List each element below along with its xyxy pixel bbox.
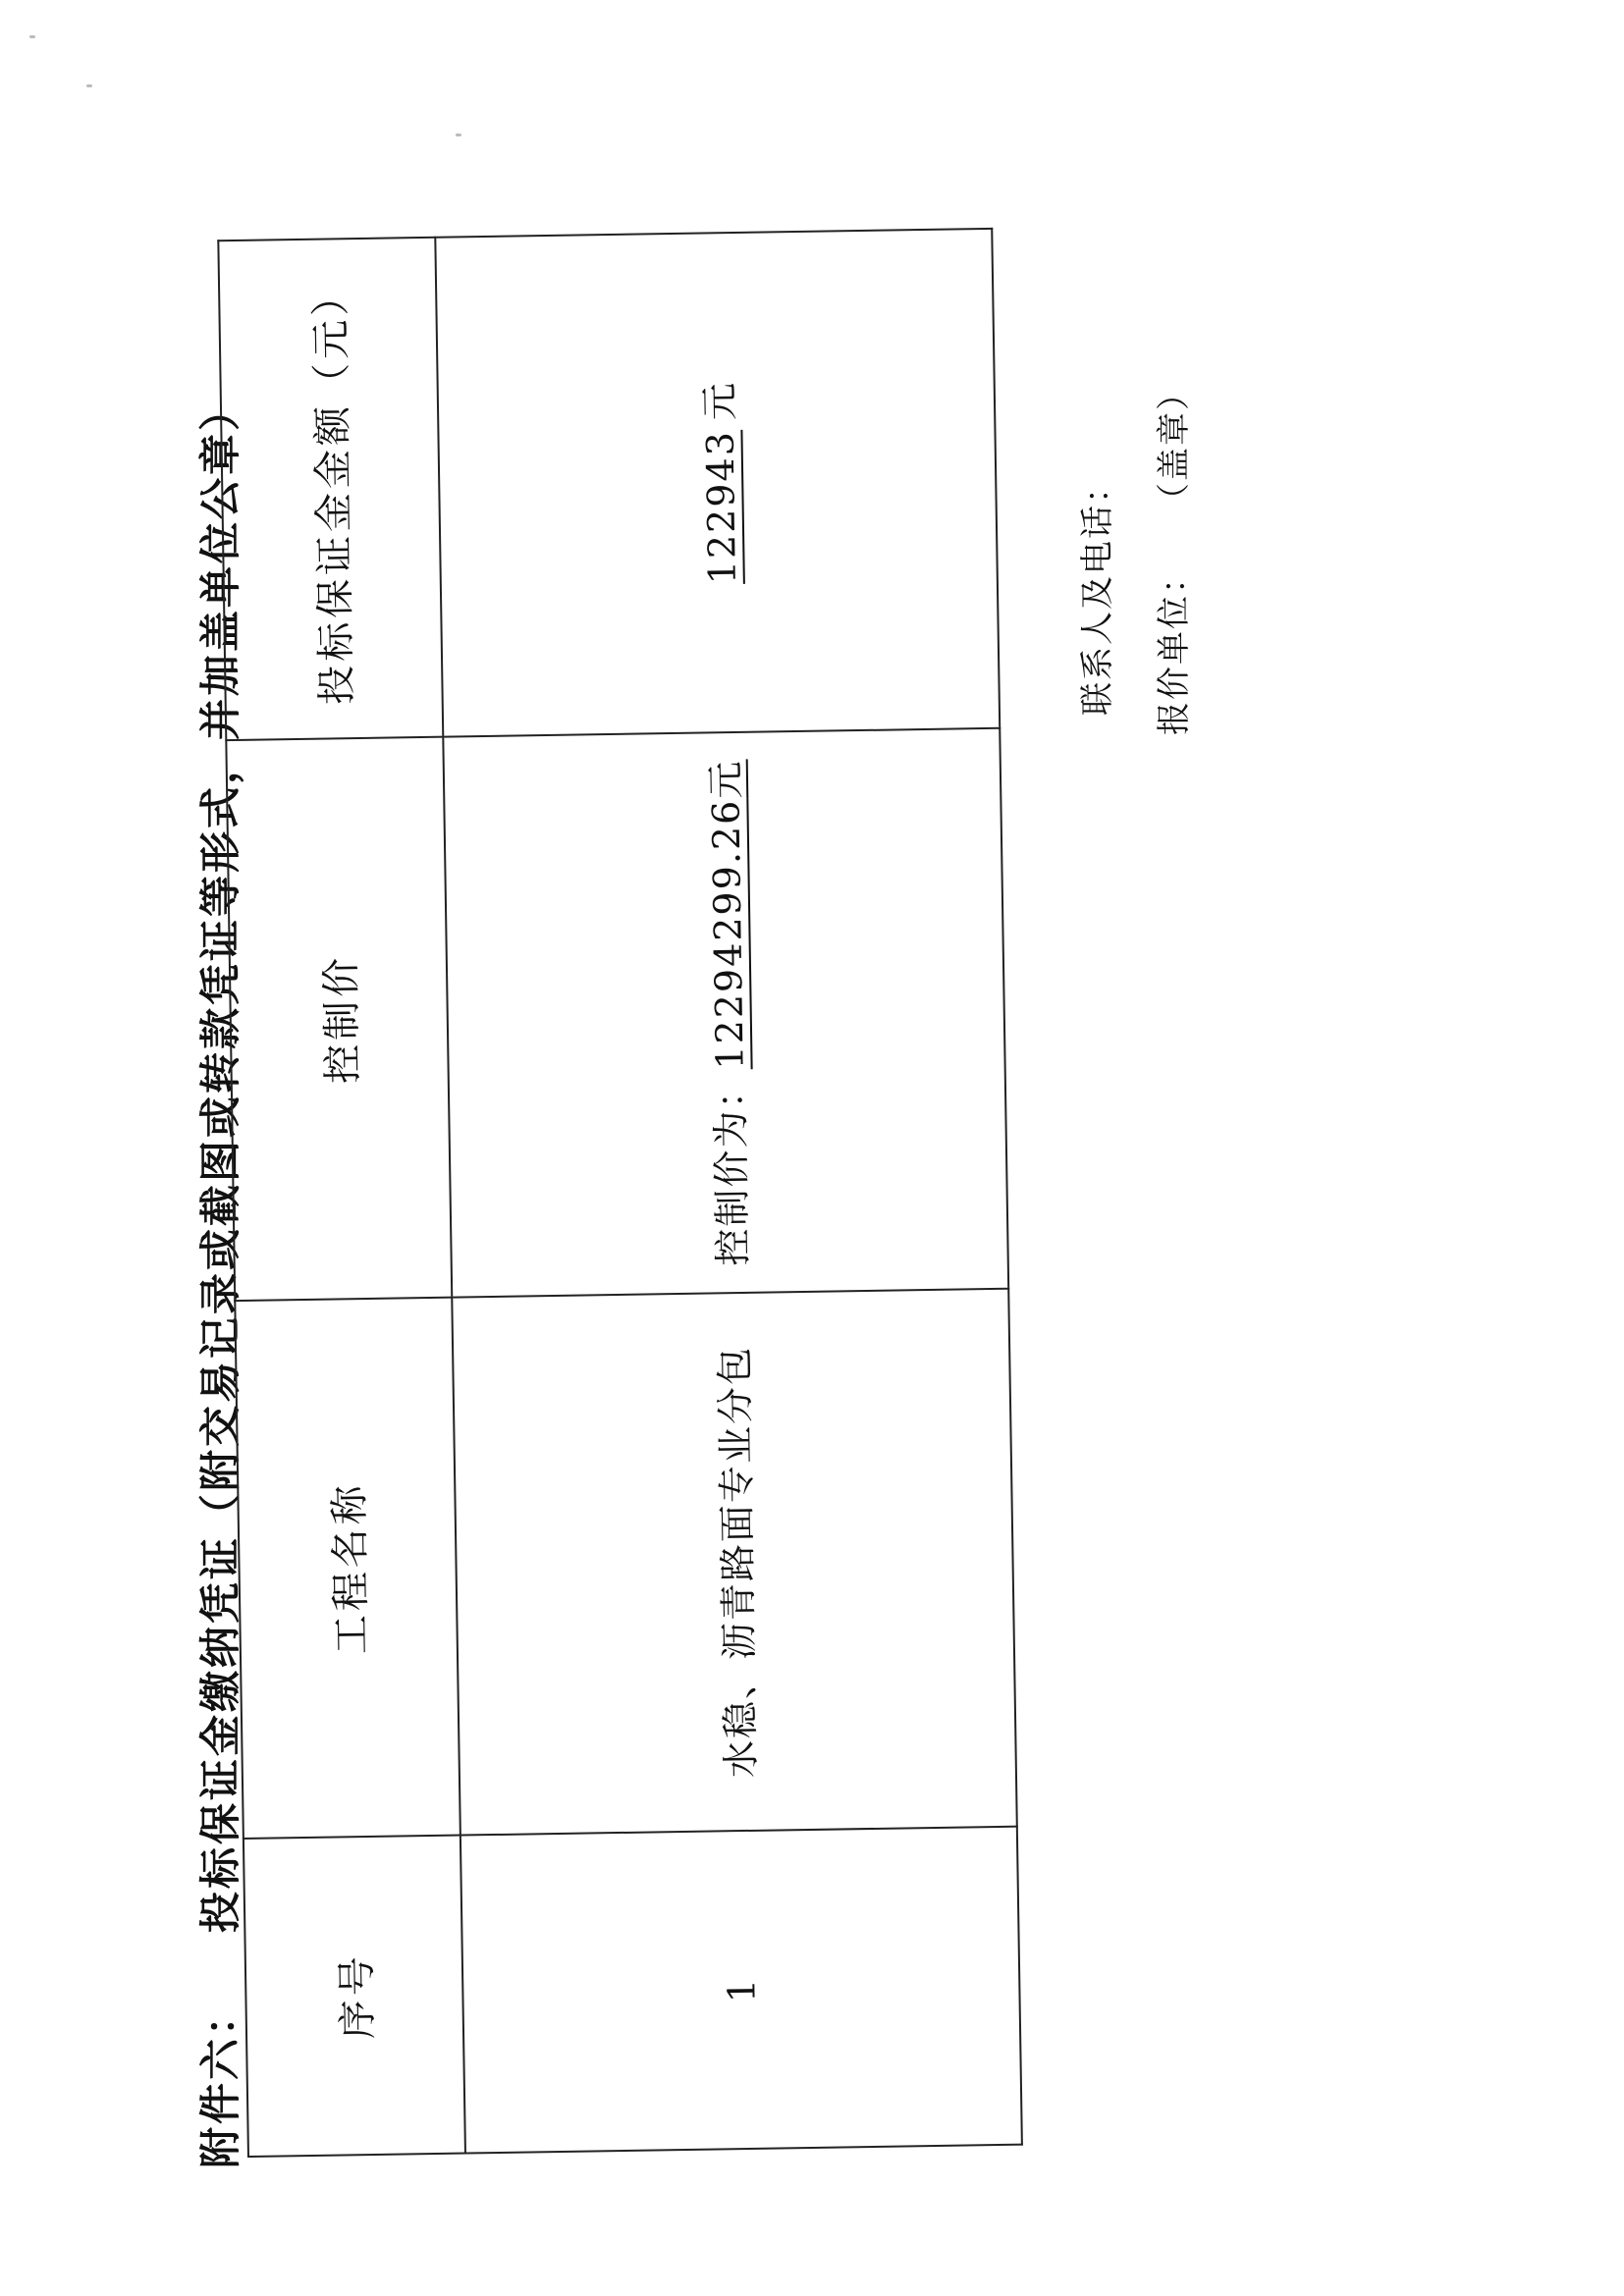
control-price-value: 12294299.26 [704, 798, 751, 1070]
deposit-table: 序号 工程名称 控制价 投标保证金金额（元） 1 水稳、沥青路面专业分包 控制价… [217, 228, 1023, 2158]
cell-project-name: 水稳、沥青路面专业分包 [452, 1289, 1017, 1836]
rotated-page: 附件六：投标保证金缴纳凭证（附交易记录或截图或转款凭证等形式，并加盖单位公章） … [0, 0, 1624, 2296]
project-name: 水稳、沥青路面专业分包 [713, 1346, 763, 1779]
stamp-note: （盖章） [1155, 375, 1194, 500]
control-price-label: 控制价为： [709, 1069, 755, 1266]
table-header-row: 序号 工程名称 控制价 投标保证金金额（元） [218, 238, 465, 2157]
cell-control-price: 控制价为：12294299.26元 [443, 728, 1008, 1298]
scan-speck [29, 35, 35, 38]
deposit-value: 122943 [698, 430, 743, 585]
scan-speck [86, 84, 92, 87]
header-control-price: 控制价 [226, 737, 452, 1301]
quoting-unit-line: 报价单位：（盖章） [1147, 375, 1195, 735]
deposit-unit: 元 [698, 381, 742, 421]
contact-label: 联系人及电话： [1078, 468, 1117, 716]
attachment-label: 附件六： [196, 1992, 244, 2168]
header-seq: 序号 [244, 1836, 465, 2157]
scan-speck [456, 133, 461, 136]
cell-seq: 1 [460, 1827, 1022, 2154]
header-project-name: 工程名称 [235, 1298, 460, 1839]
contact-line: 联系人及电话： [1070, 468, 1118, 716]
cell-deposit-amount: 122943元 [435, 229, 1000, 737]
table-row: 1 水稳、沥青路面专业分包 控制价为：12294299.26元 122943元 [435, 229, 1022, 2154]
control-price-unit: 元 [704, 759, 748, 799]
header-deposit-amount: 投标保证金金额（元） [218, 238, 443, 740]
unit-label: 报价单位： [1155, 559, 1194, 735]
